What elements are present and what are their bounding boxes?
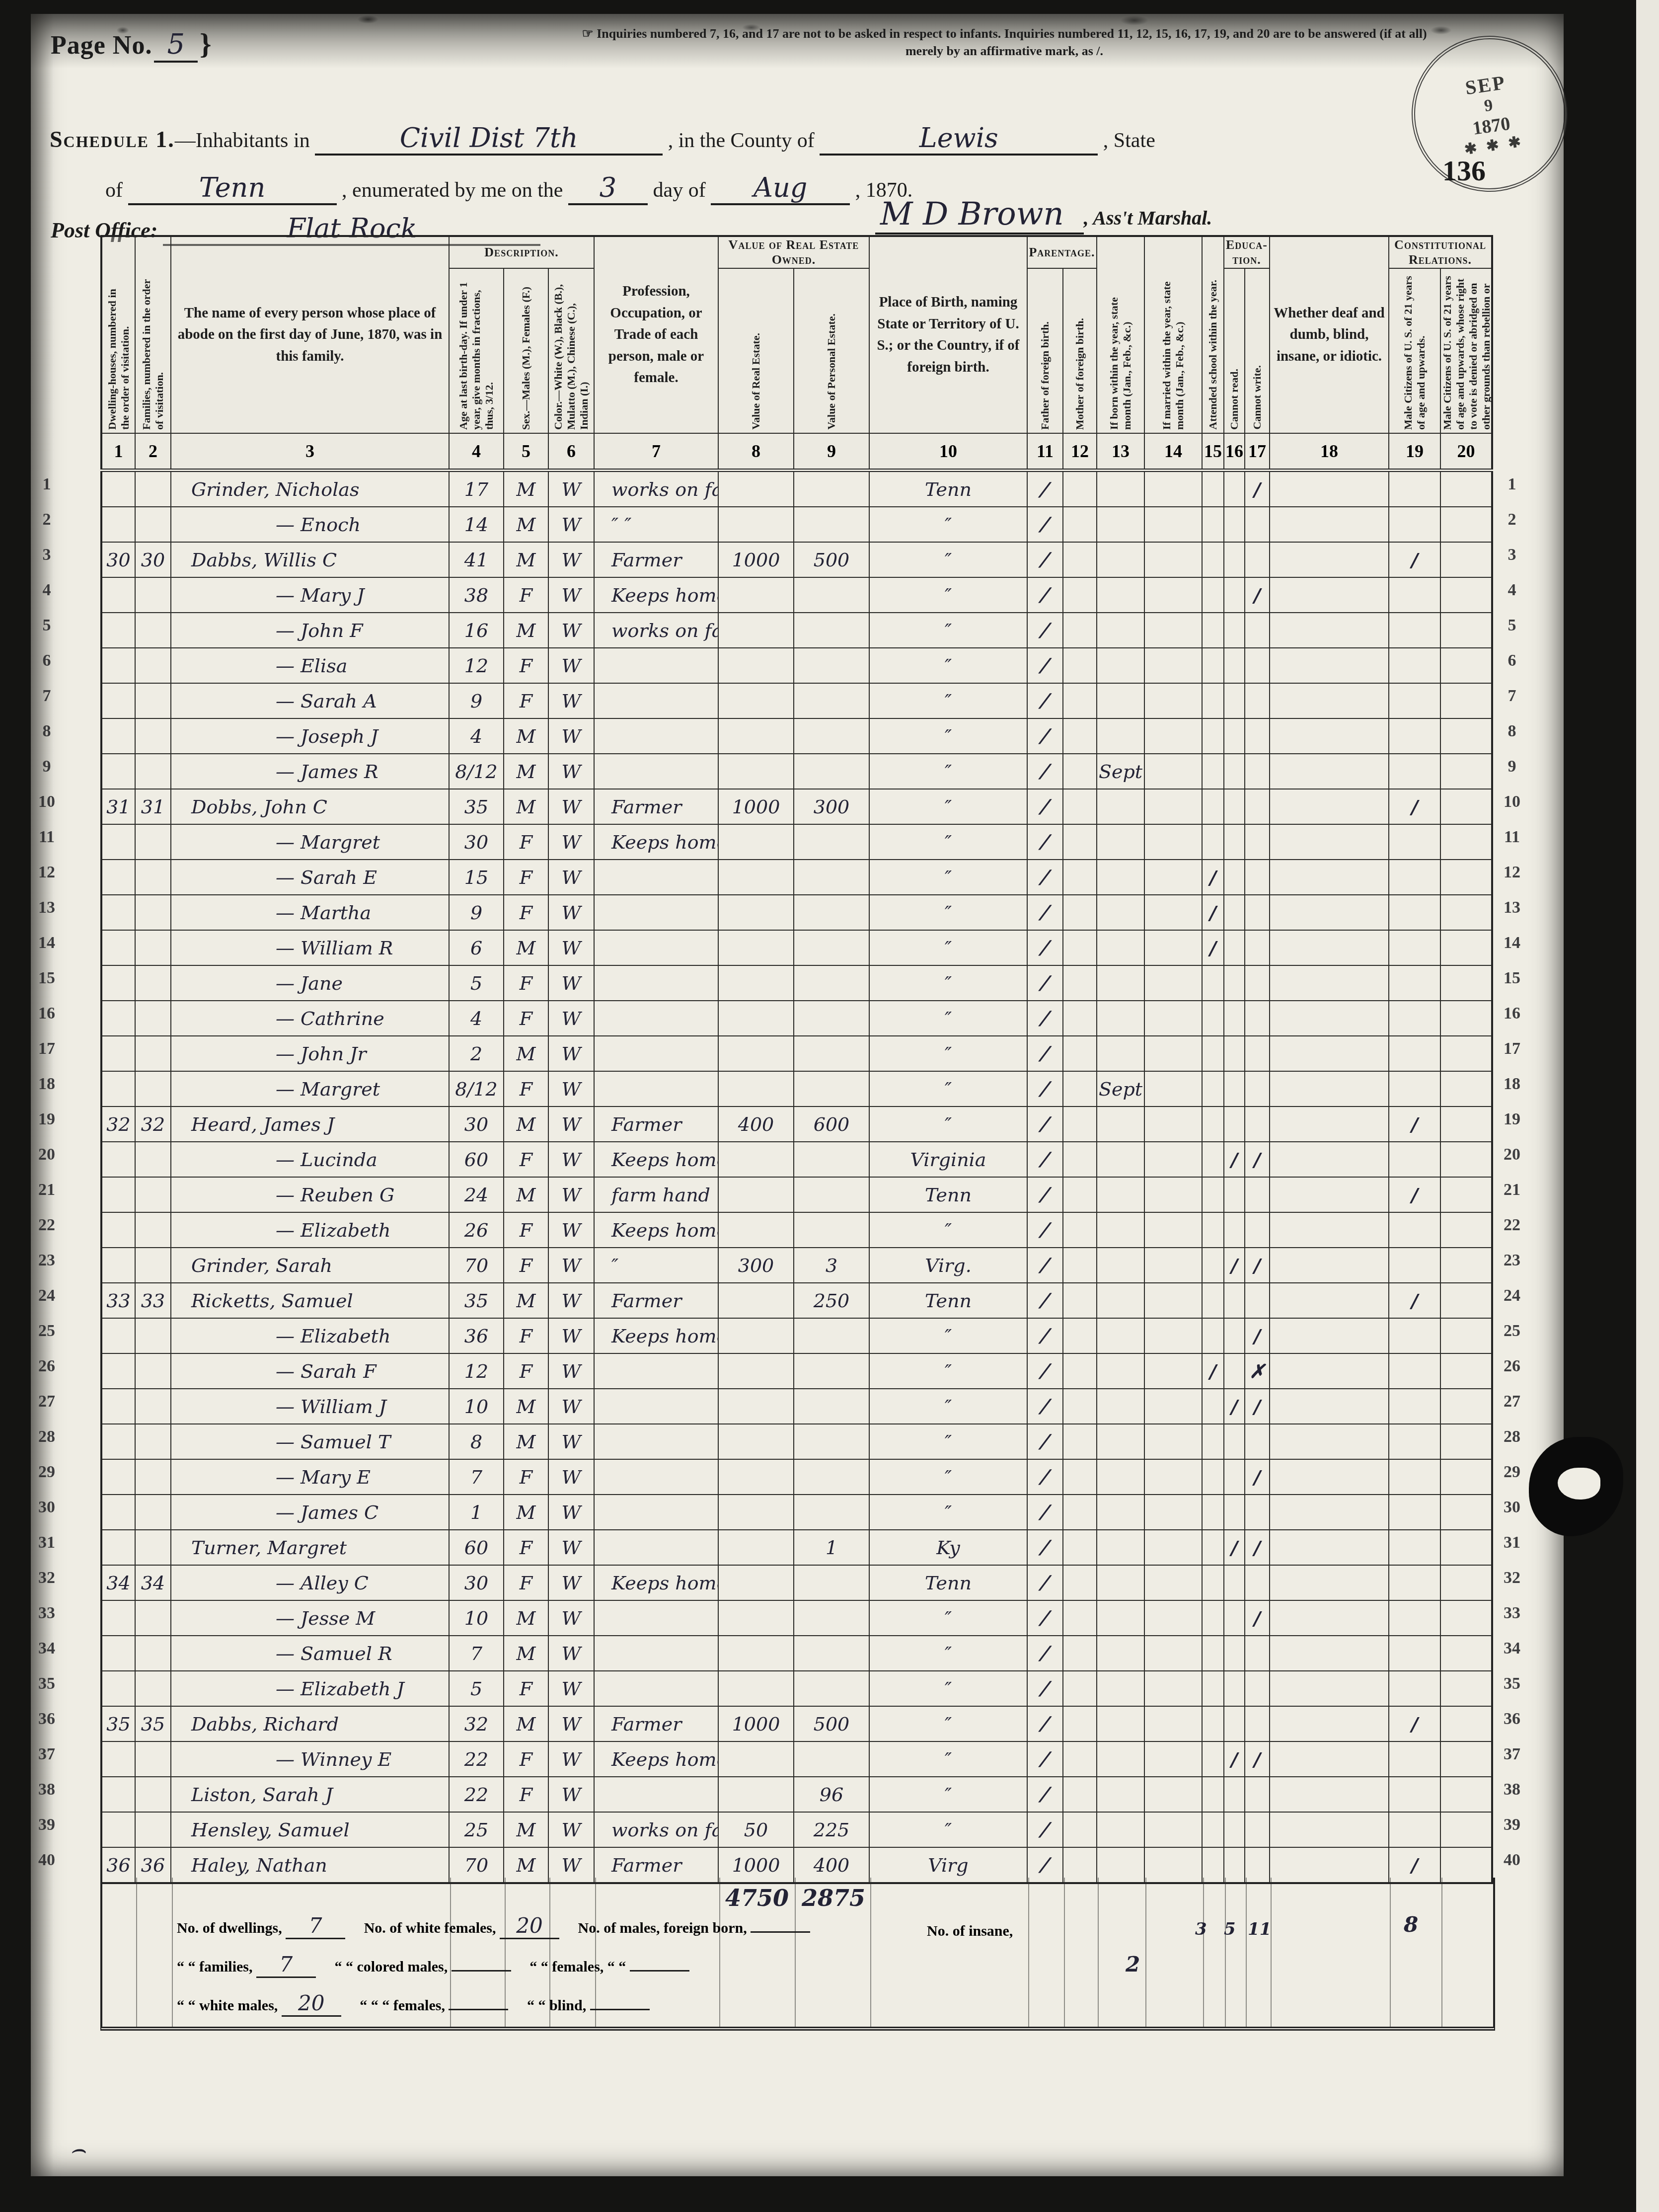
row-number: 10 — [1497, 784, 1527, 819]
cell-father-foreign-mark: / — [1023, 824, 1067, 860]
cell-male-citizen-mark — [1389, 1071, 1440, 1106]
cell-personal-estate-value — [794, 1424, 869, 1459]
cell-name: — Margret — [171, 1071, 449, 1106]
col-header-school: Attended school within the year. — [1202, 236, 1224, 433]
row-number: 18 — [1497, 1066, 1527, 1102]
cell-married-month — [1144, 1741, 1202, 1777]
row-number: 34 — [32, 1631, 62, 1666]
cell-family-number — [135, 860, 171, 895]
cell-sex: M — [504, 1706, 548, 1741]
cell-sex: M — [504, 1036, 548, 1071]
cell-deaf-dumb — [1270, 577, 1389, 613]
row-number: 5 — [32, 608, 62, 643]
cell-deaf-dumb — [1270, 930, 1389, 965]
cell-occupation — [594, 1353, 718, 1389]
summary-column-line — [136, 1878, 137, 2027]
cell-birthplace: ″ — [869, 1706, 1027, 1741]
cell-attended-school-mark — [1202, 507, 1224, 542]
cell-age: 30 — [449, 824, 504, 860]
cell-name: — William R — [171, 930, 449, 965]
cell-cannot-read-mark — [1224, 1424, 1245, 1459]
cell-male-citizen-mark — [1389, 1424, 1440, 1459]
cell-family-number — [135, 1001, 171, 1036]
cell-mother-foreign-mark — [1063, 754, 1097, 789]
cell-mother-foreign-mark — [1063, 1106, 1097, 1142]
cell-personal-estate-value: 500 — [794, 542, 869, 577]
cell-deaf-dumb — [1270, 648, 1389, 683]
cannot-read-total: 5 — [1224, 1919, 1236, 1939]
row-number: 12 — [32, 855, 62, 890]
cell-name: — Martha — [171, 895, 449, 930]
cell-mother-foreign-mark — [1063, 789, 1097, 824]
cell-dwelling-number — [101, 1600, 135, 1636]
cell-deaf-dumb — [1270, 1530, 1389, 1565]
cell-born-month — [1097, 471, 1144, 507]
cell-cannot-read-mark — [1224, 507, 1245, 542]
row-number: 40 — [32, 1842, 62, 1878]
cell-sex: F — [504, 577, 548, 613]
cell-dwelling-number — [101, 648, 135, 683]
cell-cannot-read-mark — [1224, 1777, 1245, 1812]
cell-mother-foreign-mark — [1063, 824, 1097, 860]
cell-married-month — [1144, 1600, 1202, 1636]
row-number: 20 — [32, 1137, 62, 1172]
cell-mother-foreign-mark — [1063, 683, 1097, 718]
cell-attended-school-mark — [1202, 1495, 1224, 1530]
cell-family-number — [135, 1142, 171, 1177]
census-row: — James R 8/12 M W ″ / Sept — [101, 754, 1492, 789]
cell-family-number — [135, 1671, 171, 1706]
cell-sex: F — [504, 1459, 548, 1495]
cell-real-estate-value — [718, 1741, 794, 1777]
cell-attended-school-mark — [1202, 648, 1224, 683]
cell-attended-school-mark — [1202, 577, 1224, 613]
cell-color: W — [548, 1565, 594, 1600]
cell-father-foreign-mark: / — [1023, 1741, 1067, 1777]
cell-married-month — [1144, 471, 1202, 507]
cell-color: W — [548, 1812, 594, 1847]
cell-cannot-write-mark — [1245, 860, 1270, 895]
cell-color: W — [548, 754, 594, 789]
cell-sex: M — [504, 1283, 548, 1318]
summary-line-2: “ “ families, 7 “ “ colored males, “ “ f… — [177, 1952, 689, 1978]
cell-age: 32 — [449, 1706, 504, 1741]
cell-occupation: Keeps home — [594, 1318, 718, 1353]
cell-dwelling-number — [101, 1389, 135, 1424]
cell-occupation — [594, 1600, 718, 1636]
cell-dwelling-number: 31 — [101, 789, 135, 824]
cell-cannot-read-mark — [1224, 965, 1245, 1001]
cell-vote-denied-mark — [1440, 683, 1492, 718]
col-header-born-month: If born within the year, state month (Ja… — [1097, 236, 1144, 433]
row-number: 35 — [32, 1666, 62, 1701]
cell-personal-estate-value — [794, 1389, 869, 1424]
cell-family-number — [135, 1636, 171, 1671]
row-number: 11 — [1497, 819, 1527, 855]
cell-personal-estate-value — [794, 577, 869, 613]
cell-cannot-write-mark — [1245, 683, 1270, 718]
cell-age: 8/12 — [449, 1071, 504, 1106]
cell-age: 35 — [449, 789, 504, 824]
cell-family-number — [135, 1495, 171, 1530]
row-number: 24 — [1497, 1278, 1527, 1313]
cell-vote-denied-mark — [1440, 930, 1492, 965]
cell-cannot-read-mark — [1224, 1812, 1245, 1847]
cell-male-citizen-mark — [1389, 754, 1440, 789]
cell-mother-foreign-mark — [1063, 1212, 1097, 1248]
row-number: 31 — [32, 1525, 62, 1560]
cell-deaf-dumb — [1270, 1389, 1389, 1424]
census-row: — John F 16 M W works on farm ″ / — [101, 613, 1492, 648]
cell-family-number — [135, 683, 171, 718]
census-row: — Samuel R 7 M W ″ / — [101, 1636, 1492, 1671]
cannot-write-total: 11 — [1248, 1919, 1271, 1939]
row-number: 3 — [32, 537, 62, 572]
cell-married-month — [1144, 683, 1202, 718]
cell-married-month — [1144, 1706, 1202, 1741]
row-number: 15 — [32, 960, 62, 996]
cell-family-number — [135, 1777, 171, 1812]
cell-sex: M — [504, 718, 548, 754]
cell-family-number: 31 — [135, 789, 171, 824]
cell-mother-foreign-mark — [1063, 1283, 1097, 1318]
cell-real-estate-value — [718, 1283, 794, 1318]
cell-occupation: Farmer — [594, 542, 718, 577]
cell-vote-denied-mark — [1440, 860, 1492, 895]
cell-attended-school-mark: / — [1202, 930, 1224, 965]
cell-birthplace: ″ — [869, 683, 1027, 718]
cell-personal-estate-value — [794, 1636, 869, 1671]
cell-age: 7 — [449, 1636, 504, 1671]
cell-occupation: Keeps home — [594, 577, 718, 613]
cell-married-month — [1144, 1106, 1202, 1142]
cell-mother-foreign-mark — [1063, 1530, 1097, 1565]
cell-male-citizen-mark — [1389, 683, 1440, 718]
cell-sex: M — [504, 754, 548, 789]
census-row: — Jane 5 F W ″ / — [101, 965, 1492, 1001]
cell-dwelling-number — [101, 1671, 135, 1706]
census-row: — Winney E 22 F W Keeps home ″ / / / — [101, 1741, 1492, 1777]
row-number: 39 — [1497, 1807, 1527, 1842]
cell-cannot-read-mark — [1224, 1353, 1245, 1389]
cell-real-estate-value — [718, 1071, 794, 1106]
cell-real-estate-value — [718, 1353, 794, 1389]
cell-attended-school-mark — [1202, 824, 1224, 860]
row-number: 6 — [1497, 643, 1527, 678]
cell-male-citizen-mark — [1389, 930, 1440, 965]
census-row: — Sarah E 15 F W ″ / / — [101, 860, 1492, 895]
district-value: Civil Dist 7th — [400, 122, 578, 154]
row-number: 22 — [32, 1207, 62, 1243]
summary-column-line — [1145, 1878, 1146, 2027]
cell-age: 9 — [449, 895, 504, 930]
cell-sex: F — [504, 895, 548, 930]
cell-sex: M — [504, 789, 548, 824]
census-row: 31 31 Dobbs, John C 35 M W Farmer 1000 3… — [101, 789, 1492, 824]
cell-married-month — [1144, 648, 1202, 683]
cell-mother-foreign-mark — [1063, 895, 1097, 930]
cell-deaf-dumb — [1270, 1001, 1389, 1036]
cell-age: 15 — [449, 860, 504, 895]
cell-male-citizen-mark — [1389, 1001, 1440, 1036]
row-number: 30 — [1497, 1490, 1527, 1525]
cell-age: 1 — [449, 1495, 504, 1530]
cell-married-month — [1144, 1777, 1202, 1812]
cell-cannot-write-mark: / — [1245, 1600, 1270, 1636]
cell-sex: F — [504, 648, 548, 683]
cell-real-estate-value — [718, 1565, 794, 1600]
cell-color: W — [548, 1600, 594, 1636]
cell-color: W — [548, 1389, 594, 1424]
county-value: Lewis — [919, 122, 998, 154]
cell-personal-estate-value — [794, 1036, 869, 1071]
census-row: Liston, Sarah J 22 F W 96 ″ / — [101, 1777, 1492, 1812]
cell-married-month — [1144, 965, 1202, 1001]
cell-birthplace: ″ — [869, 1001, 1027, 1036]
cell-mother-foreign-mark — [1063, 613, 1097, 648]
cell-attended-school-mark — [1202, 683, 1224, 718]
month-value: Aug — [754, 172, 807, 203]
cell-birthplace: ″ — [869, 718, 1027, 754]
cell-real-estate-value — [718, 1001, 794, 1036]
row-number: 31 — [1497, 1525, 1527, 1560]
cell-married-month — [1144, 1530, 1202, 1565]
cell-name: — Samuel T — [171, 1424, 449, 1459]
cell-vote-denied-mark — [1440, 1071, 1492, 1106]
cell-sex: F — [504, 1318, 548, 1353]
cell-father-foreign-mark: / — [1023, 1353, 1067, 1389]
cell-married-month — [1144, 1001, 1202, 1036]
row-number: 25 — [32, 1313, 62, 1348]
cell-cannot-read-mark: / — [1224, 1248, 1245, 1283]
cell-cannot-write-mark: / — [1245, 471, 1270, 507]
row-number: 9 — [1497, 749, 1527, 784]
cell-personal-estate-value — [794, 718, 869, 754]
cell-occupation: Farmer — [594, 1106, 718, 1142]
cell-family-number — [135, 613, 171, 648]
cell-cannot-read-mark — [1224, 1318, 1245, 1353]
cell-married-month — [1144, 1459, 1202, 1495]
cell-father-foreign-mark: / — [1023, 1071, 1067, 1106]
cell-born-month — [1097, 860, 1144, 895]
cell-male-citizen-mark: / — [1389, 542, 1440, 577]
cell-mother-foreign-mark — [1063, 471, 1097, 507]
cell-deaf-dumb — [1270, 1671, 1389, 1706]
cell-real-estate-value — [718, 1671, 794, 1706]
cell-cannot-write-mark — [1245, 1565, 1270, 1600]
cell-age: 60 — [449, 1530, 504, 1565]
cell-occupation — [594, 1459, 718, 1495]
cell-deaf-dumb — [1270, 1706, 1389, 1741]
cell-personal-estate-value — [794, 1459, 869, 1495]
cell-attended-school-mark — [1202, 1636, 1224, 1671]
cell-mother-foreign-mark — [1063, 930, 1097, 965]
cell-name: — James R — [171, 754, 449, 789]
state-value: Tenn — [199, 172, 265, 203]
cell-cannot-write-mark — [1245, 507, 1270, 542]
cell-cannot-write-mark: / — [1245, 1530, 1270, 1565]
cell-sex: F — [504, 683, 548, 718]
cell-married-month — [1144, 613, 1202, 648]
cell-mother-foreign-mark — [1063, 577, 1097, 613]
census-row: — Mary J 38 F W Keeps home ″ / / — [101, 577, 1492, 613]
cell-cannot-write-mark — [1245, 1777, 1270, 1812]
cell-sex: F — [504, 1212, 548, 1248]
cell-vote-denied-mark — [1440, 1142, 1492, 1177]
census-row: — Elizabeth 36 F W Keeps home ″ / / — [101, 1318, 1492, 1353]
cell-mother-foreign-mark — [1063, 1177, 1097, 1212]
attended-school-total: 3 — [1195, 1919, 1207, 1939]
cell-father-foreign-mark: / — [1023, 1600, 1067, 1636]
row-number: 1 — [32, 467, 62, 502]
cell-age: 35 — [449, 1283, 504, 1318]
cell-age: 10 — [449, 1600, 504, 1636]
cell-male-citizen-mark — [1389, 648, 1440, 683]
cell-name: — Winney E — [171, 1741, 449, 1777]
cell-family-number — [135, 1071, 171, 1106]
cell-color: W — [548, 471, 594, 507]
cell-male-citizen-mark — [1389, 1495, 1440, 1530]
females-total — [449, 2009, 508, 2010]
cell-family-number — [135, 824, 171, 860]
cell-father-foreign-mark: / — [1023, 930, 1067, 965]
cell-cannot-read-mark — [1224, 1106, 1245, 1142]
group-education: Educa-tion. — [1224, 236, 1270, 268]
marshal-signature: M D Brown — [875, 196, 1084, 235]
cell-personal-estate-value — [794, 965, 869, 1001]
cell-age: 24 — [449, 1177, 504, 1212]
personal-estate-total: 2875 — [802, 1885, 865, 1911]
cell-father-foreign-mark: / — [1023, 1106, 1067, 1142]
cell-vote-denied-mark — [1440, 1001, 1492, 1036]
cell-sex: M — [504, 1600, 548, 1636]
cell-attended-school-mark — [1202, 1283, 1224, 1318]
cell-dwelling-number — [101, 1636, 135, 1671]
cell-male-citizen-mark — [1389, 1741, 1440, 1777]
cell-mother-foreign-mark — [1063, 1812, 1097, 1847]
cell-occupation: works on farm — [594, 613, 718, 648]
cell-attended-school-mark — [1202, 789, 1224, 824]
row-number: 21 — [32, 1172, 62, 1207]
census-row: — William J 10 M W ″ / / / — [101, 1389, 1492, 1424]
row-number: 26 — [1497, 1348, 1527, 1384]
row-number: 8 — [32, 713, 62, 749]
row-number: 4 — [1497, 572, 1527, 608]
cell-family-number — [135, 1530, 171, 1565]
group-description: Description. — [449, 236, 594, 268]
cell-occupation: farm hand — [594, 1177, 718, 1212]
cell-deaf-dumb — [1270, 1777, 1389, 1812]
col-header-cannot-write: Cannot write. — [1245, 268, 1270, 433]
cell-real-estate-value — [718, 824, 794, 860]
real-estate-total: 4750 — [725, 1885, 789, 1911]
census-row: 30 30 Dabbs, Willis C 41 M W Farmer 1000… — [101, 542, 1492, 577]
cell-cannot-write-mark — [1245, 1671, 1270, 1706]
cell-personal-estate-value: 225 — [794, 1812, 869, 1847]
cell-birthplace: ″ — [869, 1636, 1027, 1671]
cell-attended-school-mark — [1202, 1812, 1224, 1847]
row-number: 34 — [1497, 1631, 1527, 1666]
cell-male-citizen-mark — [1389, 471, 1440, 507]
cell-dwelling-number — [101, 860, 135, 895]
cell-personal-estate-value — [794, 1001, 869, 1036]
cell-color: W — [548, 1706, 594, 1741]
cell-married-month — [1144, 1283, 1202, 1318]
cell-cannot-write-mark: / — [1245, 1318, 1270, 1353]
cell-dwelling-number — [101, 1424, 135, 1459]
row-number: 10 — [32, 784, 62, 819]
cell-family-number — [135, 930, 171, 965]
row-number: 16 — [32, 996, 62, 1031]
cell-male-citizen-mark — [1389, 965, 1440, 1001]
cell-cannot-read-mark — [1224, 1283, 1245, 1318]
col-header-deaf-dumb: Whether deaf and dumb, blind, insane, or… — [1270, 236, 1389, 433]
row-number: 13 — [32, 890, 62, 925]
cell-male-citizen-mark — [1389, 1459, 1440, 1495]
cell-real-estate-value — [718, 1777, 794, 1812]
cell-name: — John F — [171, 613, 449, 648]
white-males-total: 20 — [282, 1991, 341, 2017]
col-header-occupation: Profession, Occupation, or Trade of each… — [594, 236, 718, 433]
cell-name: — Elizabeth J — [171, 1671, 449, 1706]
schedule-line-2: of Tenn , enumerated by me on the 3 day … — [105, 172, 912, 205]
cell-sex: F — [504, 1565, 548, 1600]
summary-column-line — [1246, 1878, 1247, 2027]
cell-birthplace: Tenn — [869, 471, 1027, 507]
cell-father-foreign-mark: / — [1023, 1036, 1067, 1071]
page-stamp-number: 136 — [1442, 154, 1486, 187]
cell-dwelling-number — [101, 1177, 135, 1212]
cell-father-foreign-mark: / — [1023, 471, 1067, 507]
cell-occupation: Keeps home — [594, 824, 718, 860]
cell-deaf-dumb — [1270, 507, 1389, 542]
cell-cannot-read-mark — [1224, 824, 1245, 860]
cell-deaf-dumb — [1270, 1177, 1389, 1212]
cell-family-number: 32 — [135, 1106, 171, 1142]
cell-born-month — [1097, 683, 1144, 718]
cell-sex: F — [504, 1671, 548, 1706]
cell-personal-estate-value — [794, 860, 869, 895]
cell-married-month — [1144, 1142, 1202, 1177]
cell-sex: F — [504, 824, 548, 860]
cell-vote-denied-mark — [1440, 1741, 1492, 1777]
cell-male-citizen-mark — [1389, 824, 1440, 860]
cell-vote-denied-mark — [1440, 1283, 1492, 1318]
cell-vote-denied-mark — [1440, 1636, 1492, 1671]
cell-married-month — [1144, 1636, 1202, 1671]
cell-cannot-write-mark — [1245, 648, 1270, 683]
cell-age: 12 — [449, 1353, 504, 1389]
cell-age: 22 — [449, 1777, 504, 1812]
cell-name: — Elizabeth — [171, 1212, 449, 1248]
cell-dwelling-number — [101, 1530, 135, 1565]
row-number: 21 — [1497, 1172, 1527, 1207]
cell-color: W — [548, 1495, 594, 1530]
cell-male-citizen-mark: / — [1389, 789, 1440, 824]
cell-age: 9 — [449, 683, 504, 718]
cell-color: W — [548, 1741, 594, 1777]
cell-father-foreign-mark: / — [1023, 1177, 1067, 1212]
cell-married-month — [1144, 1353, 1202, 1389]
cell-family-number — [135, 754, 171, 789]
cell-sex: M — [504, 471, 548, 507]
cell-vote-denied-mark — [1440, 1565, 1492, 1600]
cell-male-citizen-mark — [1389, 1777, 1440, 1812]
cell-married-month — [1144, 1812, 1202, 1847]
cell-cannot-write-mark — [1245, 965, 1270, 1001]
cell-vote-denied-mark — [1440, 471, 1492, 507]
cell-mother-foreign-mark — [1063, 1001, 1097, 1036]
